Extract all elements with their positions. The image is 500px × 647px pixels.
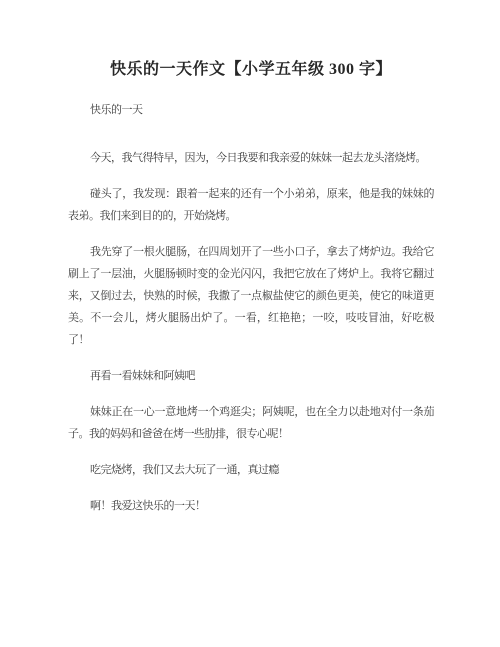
document-title: 快乐的一天作文【小学五年级 300 字】 xyxy=(68,58,434,81)
paragraph-4: 再看一看妹妹和阿姨吧 xyxy=(68,365,434,387)
paragraph-2: 碰头了，我发现：跟着一起来的还有一个小弟弟，原来，他是我的妹妹的表弟。我们来到目… xyxy=(68,183,434,227)
paragraph-5: 妹妹正在一心一意地烤一个鸡逛尖；阿姨呢，也在全力以赴地对付一条茄子。我的妈妈和爸… xyxy=(68,401,434,445)
document-page: 快乐的一天作文【小学五年级 300 字】 快乐的一天 今天，我气得特早，因为，今… xyxy=(0,0,500,647)
essay-heading: 快乐的一天 xyxy=(68,99,434,121)
paragraph-3: 我先穿了一根火腿肠，在四周划开了一些小口子，拿去了烤炉边。我给它刷上了一层油，火… xyxy=(68,241,434,351)
paragraph-6: 吃完烧烤，我们又去大玩了一通，真过瘾 xyxy=(68,459,434,481)
paragraph-1: 今天，我气得特早，因为，今日我要和我亲爱的妹妹一起去龙头渚烧烤。 xyxy=(68,147,434,169)
document-content: 快乐的一天作文【小学五年级 300 字】 快乐的一天 今天，我气得特早，因为，今… xyxy=(0,0,500,517)
paragraph-7: 啊！我爱这快乐的一天！ xyxy=(68,495,434,517)
